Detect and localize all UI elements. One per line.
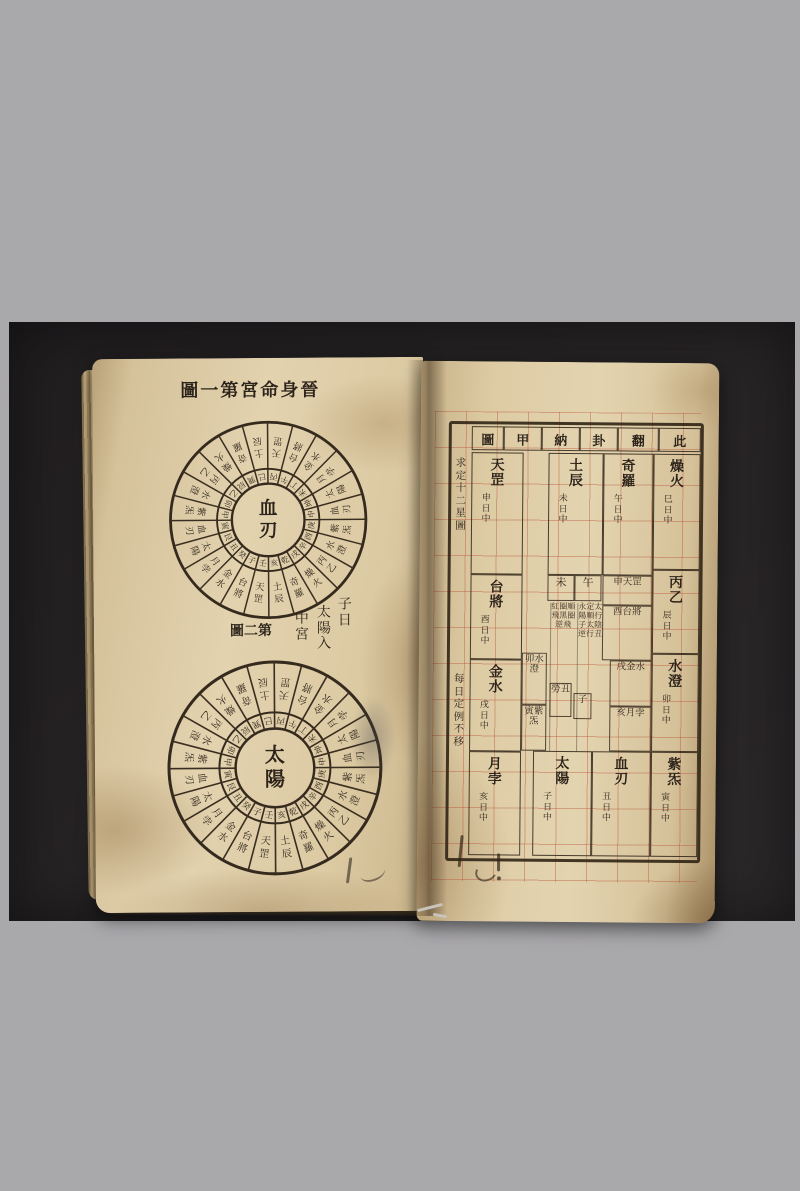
outer-ring-label: 血刃 [183,524,207,536]
svg-text:罡: 罡 [273,435,284,447]
svg-text:奇: 奇 [235,451,248,466]
svg-text:壬: 壬 [264,809,274,820]
svg-text:炁: 炁 [183,505,195,516]
right-page: 此翻卦納甲圖燥火巳日中奇羅午日中土辰未日中天罡申日中台將酉日中金水戌日中月孛亥日… [417,361,720,924]
inner-ring-label: 壬 [264,809,274,820]
day-label: 寅日中 [659,792,671,823]
wheel1-center-label: 血刃 [259,498,278,541]
svg-text:庚: 庚 [315,768,327,778]
svg-text:太: 太 [323,487,338,500]
center-mini-right: 亥月孛 [609,706,651,751]
twelve-star-table: 此翻卦納甲圖燥火巳日中奇羅午日中土辰未日中天罡申日中台將酉日中金水戌日中月孛亥日… [445,421,704,863]
outer-ring-label: 天罡 [271,435,283,459]
svg-text:申: 申 [306,509,317,518]
svg-text:辰: 辰 [281,847,293,860]
svg-text:水: 水 [198,488,213,502]
outer-ring-label: 血刃 [182,772,208,785]
svg-text:天: 天 [255,581,266,593]
svg-text:水: 水 [335,788,351,802]
day-label: 亥日中 [477,792,489,823]
svg-text:辰: 辰 [252,435,263,447]
day-label: 午日中 [612,494,624,525]
outer-ring-label: 金水 [311,691,335,718]
star-name: 天罡 [489,459,506,489]
day-label: 丑日中 [600,792,612,823]
outer-ring-label: 金水 [301,449,324,474]
inner-ring-label: 甲 [222,757,233,767]
svg-text:土: 土 [253,447,264,460]
svg-text:奇: 奇 [296,827,310,843]
outer-ring-label: 燥火 [312,817,336,844]
day-label: 巳日中 [662,494,674,525]
ink-exclamation-dot [497,876,501,880]
center-top-cell: 未 [547,575,574,601]
figure2-label-text: 圖二第 [230,620,272,640]
svg-text:台: 台 [286,450,300,465]
svg-text:血: 血 [195,524,207,535]
svg-text:巳: 巳 [263,715,273,726]
day-label: 卯日中 [660,694,672,725]
svg-text:陽: 陽 [188,545,202,558]
svg-text:陽: 陽 [188,795,203,809]
svg-text:土: 土 [272,580,283,593]
page-title-text: 圖一第宮命身晉 [180,376,320,403]
svg-text:申: 申 [315,756,327,766]
outer-ring-label: 丙乙 [326,805,352,828]
table-header-cell: 圖 [472,426,504,450]
svg-text:血: 血 [259,498,278,519]
center-mini-left: 寅紫炁 [521,705,546,751]
star-cell-you: 台將酉日中 [470,574,523,659]
outer-ring-label: 丙乙 [197,465,221,486]
svg-text:刃: 刃 [341,504,353,515]
svg-text:太: 太 [200,789,216,803]
star-name: 血刃 [613,758,630,788]
wheel2-center-label: 太陽 [265,743,285,791]
svg-text:羅: 羅 [302,840,316,855]
center-top-cell: 午 [574,575,601,601]
svg-text:澄: 澄 [187,728,202,742]
svg-text:刃: 刃 [259,521,278,542]
day-label: 戌日中 [478,700,490,731]
star-name: 太陽 [554,758,571,788]
svg-text:罡: 罡 [253,593,264,605]
outer-ring-label: 土辰 [279,833,293,860]
outer-ring-label: 土辰 [252,435,265,460]
svg-text:天: 天 [260,834,271,847]
svg-text:壬: 壬 [258,557,267,568]
star-cell-wu: 奇羅午日中 [603,453,654,575]
inner-ring-label: 壬 [258,557,267,568]
star-name: 台將 [488,581,505,611]
outer-ring-label: 月孛 [315,464,339,486]
star-cell-chou: 血刃丑日中 [591,751,651,857]
star-name: 土辰 [567,460,584,490]
page-title: 圖一第宮命身晉 [180,376,320,403]
svg-text:台: 台 [236,575,250,590]
inner-ring-label: 丙 [269,472,278,482]
star-cell-chen: 丙乙辰日中 [652,570,700,654]
table-header-cell: 納 [542,427,580,451]
svg-text:寅: 寅 [222,769,234,779]
outer-ring-label: 月孛 [198,555,222,577]
star-name: 奇羅 [620,460,637,490]
outer-ring-label: 紫炁 [183,505,208,518]
outer-ring-label: 天罡 [253,581,265,605]
star-cell-xu: 金水戌日中 [469,659,522,751]
day-label: 未日中 [557,493,569,524]
star-name: 水澄 [667,661,684,691]
caption2-col1: 子日 [337,597,353,628]
inner-ring-label: 庚 [315,768,327,778]
outer-ring-label: 丙乙 [315,554,339,575]
svg-text:太: 太 [199,540,214,553]
svg-text:炁: 炁 [342,524,354,535]
star-name: 月孛 [486,758,503,788]
center-mini-left: 卯水澄 [521,653,546,705]
svg-text:台: 台 [295,692,309,708]
table-header-cell: 翻 [618,427,659,451]
svg-text:刃: 刃 [182,774,195,786]
svg-text:刃: 刃 [183,526,195,537]
svg-text:亥: 亥 [276,808,286,820]
svg-text:天: 天 [271,447,282,459]
ink-smudge [349,695,396,781]
svg-text:紫: 紫 [329,523,342,534]
inner-ring-label: 甲 [220,510,230,519]
outer-ring-label: 月孛 [325,707,351,730]
svg-text:土: 土 [279,833,291,847]
svg-text:丙: 丙 [275,715,285,726]
svg-text:亥: 亥 [270,557,279,568]
inner-ring-label: 巳 [258,472,267,482]
svg-text:紫: 紫 [195,753,209,765]
outer-ring-label: 月孛 [199,805,225,828]
day-label: 辰日中 [661,610,673,641]
svg-text:土: 土 [259,688,271,702]
center-annotation: 紅圈順飛黑圈逆飛 [549,603,575,751]
svg-text:辰: 辰 [257,675,269,688]
figure2-label: 圖二第 [230,620,272,640]
svg-text:血: 血 [195,772,208,784]
inner-ring-label: 寅 [222,769,234,779]
left-page: 圖一第宮命身晉 天罡台將金水月孛太陽血刃紫炁水澄丙乙燥火奇羅土辰天罡台將金水月孛… [92,357,427,913]
star-cell-mao: 水澄卯日中 [651,654,699,752]
inner-ring-label: 亥 [276,808,286,820]
svg-text:奇: 奇 [288,575,301,590]
screenshot-root: { "photo": { "frame_color": "#a9a8ab", "… [0,0,800,1191]
svg-text:庚: 庚 [306,521,317,530]
side-caption: 每日定例不移 [449,674,468,854]
inner-ring-label: 申 [306,509,317,518]
star-cell-wei: 土辰未日中 [548,453,604,575]
outer-ring-label: 金水 [213,566,236,591]
inner-ring-label: 庚 [306,521,317,530]
outer-ring-label: 金水 [215,818,239,845]
star-cell-zi: 太陽子日中 [532,751,592,857]
svg-text:丙: 丙 [269,472,278,482]
svg-text:澄: 澄 [348,794,363,808]
star-cell-si: 燥火巳日中 [653,454,701,570]
ink-exclamation-stroke [497,853,500,871]
inner-ring-label: 丙 [275,715,285,726]
outer-ring-label: 天罡 [258,834,271,860]
outer-ring-label: 血刃 [329,504,353,516]
center-mini-right: 酉台將 [602,605,652,660]
inner-ring-label: 申 [315,756,327,766]
star-cell-shen: 天罡申日中 [471,452,524,574]
photo-background: 圖一第宮命身晉 天罡台將金水月孛太陽血刃紫炁水澄丙乙燥火奇羅土辰天罡台將金水月孛… [9,322,795,921]
star-name: 燥火 [668,461,685,491]
svg-text:水: 水 [323,538,338,552]
svg-text:辰: 辰 [274,593,285,605]
inner-ring-label: 亥 [270,557,279,568]
outer-ring-label: 天罡 [278,675,291,701]
star-name: 紫炁 [666,759,683,789]
outer-ring-label: 燥火 [302,565,325,590]
inner-ring-label: 巳 [263,715,273,726]
svg-text:巳: 巳 [258,472,267,482]
svg-text:甲: 甲 [222,757,233,767]
svg-text:羅: 羅 [234,680,248,695]
day-label: 酉日中 [479,615,491,646]
svg-text:陽: 陽 [265,768,285,791]
table-header-cell: 卦 [580,427,618,451]
caption2-col2: 太陽入 [316,605,332,652]
svg-text:太: 太 [334,732,350,746]
caption2-col3: 中宮 [294,612,310,643]
outer-ring-label: 丙乙 [198,708,224,731]
outer-ring-label: 紫炁 [182,751,209,765]
svg-text:炁: 炁 [182,751,195,763]
svg-text:太: 太 [265,743,285,767]
table-header-cell: 甲 [504,426,542,450]
svg-text:罡: 罡 [280,675,291,688]
svg-text:奇: 奇 [239,693,253,709]
outer-ring-label: 土辰 [272,580,285,605]
svg-text:罡: 罡 [258,847,269,860]
day-label: 子日中 [541,791,553,822]
table-header-cell: 此 [659,428,701,452]
svg-text:陽: 陽 [335,482,349,495]
star-name: 丙乙 [667,577,684,607]
svg-text:天: 天 [278,688,289,701]
star-cell-hai: 月孛亥日中 [468,751,521,855]
outer-ring-label: 燥火 [211,450,234,475]
center-mini-right: 戌金水 [609,660,651,706]
outer-ring-label: 土辰 [257,675,271,702]
outer-ring-label: 紫炁 [329,522,354,535]
svg-text:紫: 紫 [195,506,208,517]
svg-text:水: 水 [199,733,215,747]
svg-text:甲: 甲 [220,510,230,519]
star-name: 金水 [487,666,504,696]
side-caption: 求定十二星圖 [451,458,470,663]
svg-text:血: 血 [329,505,341,516]
outer-ring-label: 燥火 [214,692,238,719]
wheel-diagram-first: 天罡台將金水月孛太陽血刃紫炁水澄丙乙燥火奇羅土辰天罡台將金水月孛太陽血刃紫炁水澄… [160,412,375,627]
svg-text:台: 台 [240,828,254,844]
day-label: 申日中 [480,493,492,524]
center-corner-cell: 申天罡 [602,575,652,605]
center-annotation: 永定太陽順行子太陰逆行丑 [576,603,602,751]
star-cell-yin: 紫炁寅日中 [650,752,698,857]
book-gutter-shadow [407,360,447,916]
